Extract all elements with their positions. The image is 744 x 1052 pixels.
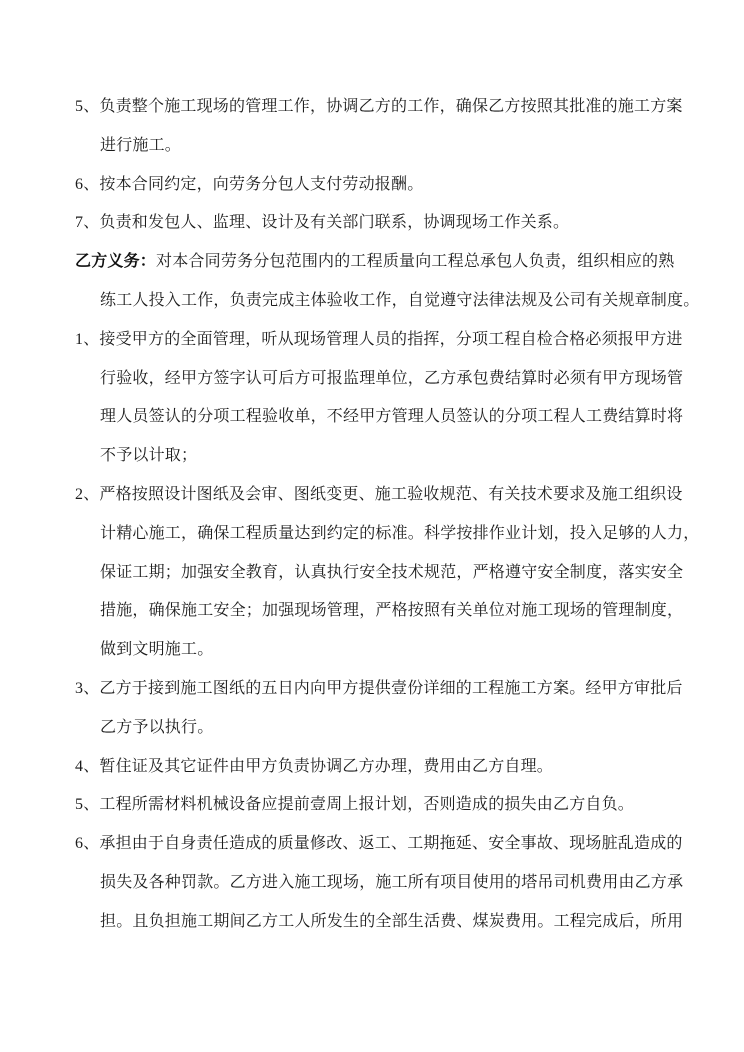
party-b-obligations-heading: 乙方义务：	[75, 253, 156, 270]
text-line: 行验收，经甲方签字认可后方可报监理单位，乙方承包费结算时必须有甲方现场管	[75, 360, 695, 399]
text-line: 练工人投入工作，负责完成主体验收工作，自觉遵守法律法规及公司有关规章制度。	[75, 282, 695, 321]
text-line: 4、暂住证及其它证件由甲方负责协调乙方办理，费用由乙方自理。	[75, 748, 695, 787]
text-line: 6、承担由于自身责任造成的质量修改、返工、工期拖延、安全事故、现场脏乱造成的	[75, 825, 695, 864]
text-line: 做到文明施工。	[75, 631, 695, 670]
text-line: 保证工期；加强安全教育，认真执行安全技术规范，严格遵守安全制度，落实安全	[75, 554, 695, 593]
text-line: 5、工程所需材料机械设备应提前壹周上报计划，否则造成的损失由乙方自负。	[75, 786, 695, 825]
text-line: 1、接受甲方的全面管理，听从现场管理人员的指挥，分项工程自检合格必须报甲方进	[75, 321, 695, 360]
text-line: 进行施工。	[75, 127, 695, 166]
text-line: 5、负责整个施工现场的管理工作，协调乙方的工作，确保乙方按照其批准的施工方案	[75, 88, 695, 127]
text-line: 乙方予以执行。	[75, 709, 695, 748]
text-line: 3、乙方于接到施工图纸的五日内向甲方提供壹份详细的工程施工方案。经甲方审批后	[75, 670, 695, 709]
document-body: 5、负责整个施工现场的管理工作，协调乙方的工作，确保乙方按照其批准的施工方案 进…	[75, 88, 695, 942]
text-line: 2、严格按照设计图纸及会审、图纸变更、施工验收规范、有关技术要求及施工组织设	[75, 476, 695, 515]
text-line: 损失及各种罚款。乙方进入施工现场，施工所有项目使用的塔吊司机费用由乙方承	[75, 864, 695, 903]
text-line: 不予以计取；	[75, 437, 695, 476]
text-line: 担。且负担施工期间乙方工人所发生的全部生活费、煤炭费用。工程完成后，所用	[75, 903, 695, 942]
text-segment: 对本合同劳务分包范围内的工程质量向工程总承包人负责，组织相应的熟	[156, 253, 674, 270]
text-line: 7、负责和发包人、监理、设计及有关部门联系，协调现场工作关系。	[75, 204, 695, 243]
text-line: 措施，确保施工安全；加强现场管理，严格按照有关单位对施工现场的管理制度，	[75, 592, 695, 631]
text-line: 理人员签认的分项工程验收单，不经甲方管理人员签认的分项工程人工费结算时将	[75, 398, 695, 437]
text-line: 乙方义务：对本合同劳务分包范围内的工程质量向工程总承包人负责，组织相应的熟	[75, 243, 695, 282]
text-line: 6、按本合同约定，向劳务分包人支付劳动报酬。	[75, 166, 695, 205]
text-line: 计精心施工，确保工程质量达到约定的标准。科学按排作业计划，投入足够的人力，	[75, 515, 695, 554]
document-page: 5、负责整个施工现场的管理工作，协调乙方的工作，确保乙方按照其批准的施工方案 进…	[0, 0, 744, 1052]
